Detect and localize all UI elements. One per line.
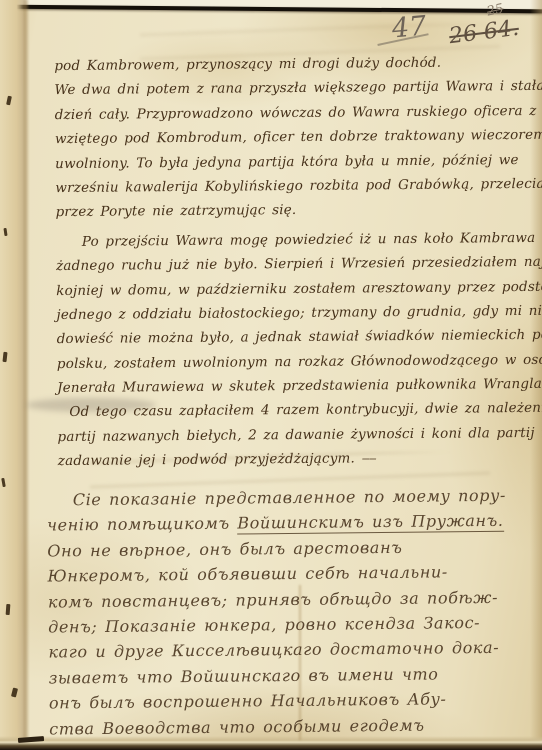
ink-speck [6,604,11,615]
handwritten-line: каго и друге Кисселѣвицкаго достаточно д… [48,635,534,665]
manuscript-scan: 47 26 64. 25 pod Kambrowem, przynoszący … [0,0,542,750]
handwritten-line: wziętego pod Kombrodum, oficer ten dobrz… [55,123,533,152]
handwritten-text-upper: pod Kambrowem, przynoszący mi drogi duży… [54,50,536,474]
handwritten-line: przez Poryte nie zatrzymując się. [55,196,533,225]
handwritten-line: dowieść nie można było, a jednak stawiał… [57,323,535,352]
handwritten-line: zadawanie jej i podwód przyjeżdżającym. … [58,445,536,474]
page-number-crossed-out: 26 64. [448,16,521,49]
handwritten-line: partij nazwanych biełych, 2 za dawanie ż… [57,421,535,450]
handwritten-line: wrześniu kawalerija Kobylińskiego rozbit… [55,172,533,201]
underlined-text: Войшинскимъ изъ Пружанъ. [237,511,503,535]
handwritten-text-lower: Сiе показанiе представленное по моему по… [47,482,536,741]
handwritten-line: ченiю помѣщикомъ Войшинскимъ изъ Пружанъ… [47,508,533,538]
gutter-crease [24,0,27,750]
handwritten-line: ства Воеводства что особыми егодемъ [49,711,535,741]
handwritten-line: żadnego ruchu już nie było. Sierpień i W… [56,250,534,279]
page-number-pencil: 47 [391,11,428,45]
line-text: ченiю помѣщикомъ [47,514,237,535]
